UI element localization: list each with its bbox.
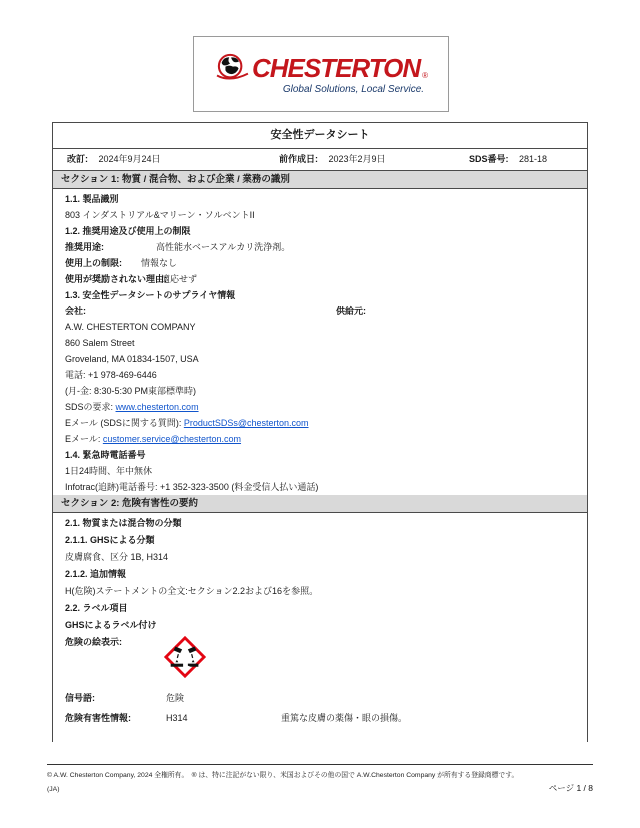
sds-request-label: SDSの要求:: [65, 402, 113, 412]
hazard-statement-row: 危険有害性情報:H314重篤な皮膚の薬傷・眼の損傷。: [53, 710, 587, 726]
ghs05-corrosion-icon: [164, 636, 206, 678]
signal-word-label: 信号語:: [65, 690, 166, 706]
sds-sheet: 安全性データシート 改訂: 2024年9月24日 前作成日: 2023年2月9日…: [52, 122, 588, 742]
email-cs-label: Eメール:: [65, 434, 100, 444]
company-phone: 電話: +1 978-469-6446: [53, 367, 587, 383]
brand-wordmark: CHESTERTON: [252, 55, 420, 81]
sds-number-label: SDS番号:: [469, 154, 509, 164]
recommended-use-row: 推奨用途:高性能水ベースアルカリ洗浄剤。: [53, 239, 587, 255]
sds-request-row: SDSの要求: www.chesterton.com: [53, 399, 587, 415]
heading-1-1: 1.1. 製品識別: [53, 191, 587, 207]
company-hours: (月-金: 8:30-5:30 PM東部標準時): [53, 383, 587, 399]
previous-date: 前作成日: 2023年2月9日: [279, 149, 386, 170]
hazard-code: H314: [166, 710, 281, 726]
section1-content: 1.1. 製品識別 803 インダストリアル&マリーン・ソルベントII 1.2.…: [53, 189, 587, 495]
company-supplier-row: 会社:供給元:: [53, 303, 587, 319]
emergency-hours: 1日24時間、年中無休: [53, 463, 587, 479]
emergency-phone: Infotrac(追跡)電話番号: +1 352-323-3500 (料金受信人…: [53, 479, 587, 495]
company-name: A.W. CHESTERTON COMPANY: [53, 319, 587, 335]
heading-1-2: 1.2. 推奨用途及び使用上の制限: [53, 223, 587, 239]
meta-row: 改訂: 2024年9月24日 前作成日: 2023年2月9日 SDS番号: 28…: [53, 149, 587, 171]
supplier-label: 供給元:: [336, 306, 366, 316]
recommended-use-value: 高性能水ベースアルカリ洗浄剤。: [156, 242, 290, 252]
signal-word-row: 信号語:危険: [53, 690, 587, 706]
previous-date-value: 2023年2月9日: [329, 154, 386, 164]
use-not-advised-label: 使用が奨励されない理由:: [65, 271, 161, 287]
brand-tagline: Global Solutions, Local Service.: [214, 84, 428, 95]
section2-content: 2.1. 物質または混合物の分類 2.1.1. GHSによる分類 皮膚腐食、区分…: [53, 513, 587, 742]
ghs-labeling-heading: GHSによるラベル付け: [53, 617, 587, 634]
email-sds-row: Eメール (SDSに関する質問): ProductSDSs@chesterton…: [53, 415, 587, 431]
section1-header: セクション 1: 物質 / 混合物、および企業 / 業務の識別: [53, 171, 587, 189]
sds-number: SDS番号: 281-18: [469, 149, 547, 170]
company-address-1: 860 Salem Street: [53, 335, 587, 351]
footer: © A.W. Chesterton Company, 2024 全権所有。 ® …: [47, 769, 593, 794]
use-restrictions-value: 情報なし: [141, 258, 177, 268]
footer-page-number: ページ 1 / 8: [549, 782, 593, 794]
use-not-advised-row: 使用が奨励されない理由:適応せず: [53, 271, 587, 287]
heading-1-4: 1.4. 緊急時電話番号: [53, 447, 587, 463]
footer-rule: [47, 764, 593, 765]
footer-language-code: (JA): [47, 786, 59, 793]
heading-2-1-2: 2.1.2. 追加情報: [53, 566, 587, 583]
heading-1-3: 1.3. 安全性データシートのサプライヤ情報: [53, 287, 587, 303]
ghs-classification: 皮膚腐食、区分 1B, H314: [53, 549, 587, 566]
logo-box: CHESTERTON ® Global Solutions, Local Ser…: [193, 36, 449, 112]
footer-row2: (JA) ページ 1 / 8: [47, 782, 593, 794]
product-identifier: 803 インダストリアル&マリーン・ソルベントII: [53, 207, 587, 223]
signal-word-value: 危険: [166, 693, 184, 703]
hazard-statement-label: 危険有害性情報:: [65, 710, 166, 726]
chesterton-logo: CHESTERTON ® Global Solutions, Local Ser…: [214, 53, 428, 95]
pictogram-row: 危険の絵表示:: [53, 634, 587, 682]
company-label: 会社:: [65, 303, 336, 319]
email-cs-row: Eメール: customer.service@chesterton.com: [53, 431, 587, 447]
heading-2-1: 2.1. 物質または混合物の分類: [53, 515, 587, 532]
use-not-advised-value: 適応せず: [161, 274, 197, 284]
email-cs-link[interactable]: customer.service@chesterton.com: [103, 434, 241, 444]
heading-2-2: 2.2. ラベル項目: [53, 600, 587, 617]
email-sds-link[interactable]: ProductSDSs@chesterton.com: [184, 418, 309, 428]
revised-date: 改訂: 2024年9月24日: [67, 149, 161, 170]
section2-header: セクション 2: 危険有害性の要約: [53, 495, 587, 513]
footer-copyright: © A.W. Chesterton Company, 2024 全権所有。 ® …: [47, 769, 593, 779]
sds-request-link[interactable]: www.chesterton.com: [116, 402, 199, 412]
sds-number-value: 281-18: [519, 154, 547, 164]
hazard-text: 重篤な皮膚の薬傷・眼の損傷。: [281, 713, 407, 723]
revised-value: 2024年9月24日: [99, 154, 161, 164]
additional-info: H(危険)ステートメントの全文:セクション2.2および16を参照。: [53, 583, 587, 600]
registered-mark: ®: [422, 69, 428, 83]
revised-label: 改訂:: [67, 154, 88, 164]
use-restrictions-label: 使用上の制限:: [65, 255, 141, 271]
email-sds-label: Eメール (SDSに関する質問):: [65, 418, 181, 428]
recommended-use-label: 推奨用途:: [65, 239, 156, 255]
pictogram-label: 危険の絵表示:: [65, 634, 164, 682]
logo-row: CHESTERTON ®: [214, 53, 428, 83]
company-address-2: Groveland, MA 01834-1507, USA: [53, 351, 587, 367]
use-restrictions-row: 使用上の制限:情報なし: [53, 255, 587, 271]
globe-icon: [214, 53, 250, 83]
page-title: 安全性データシート: [53, 123, 587, 149]
previous-date-label: 前作成日:: [279, 154, 318, 164]
heading-2-1-1: 2.1.1. GHSによる分類: [53, 532, 587, 549]
